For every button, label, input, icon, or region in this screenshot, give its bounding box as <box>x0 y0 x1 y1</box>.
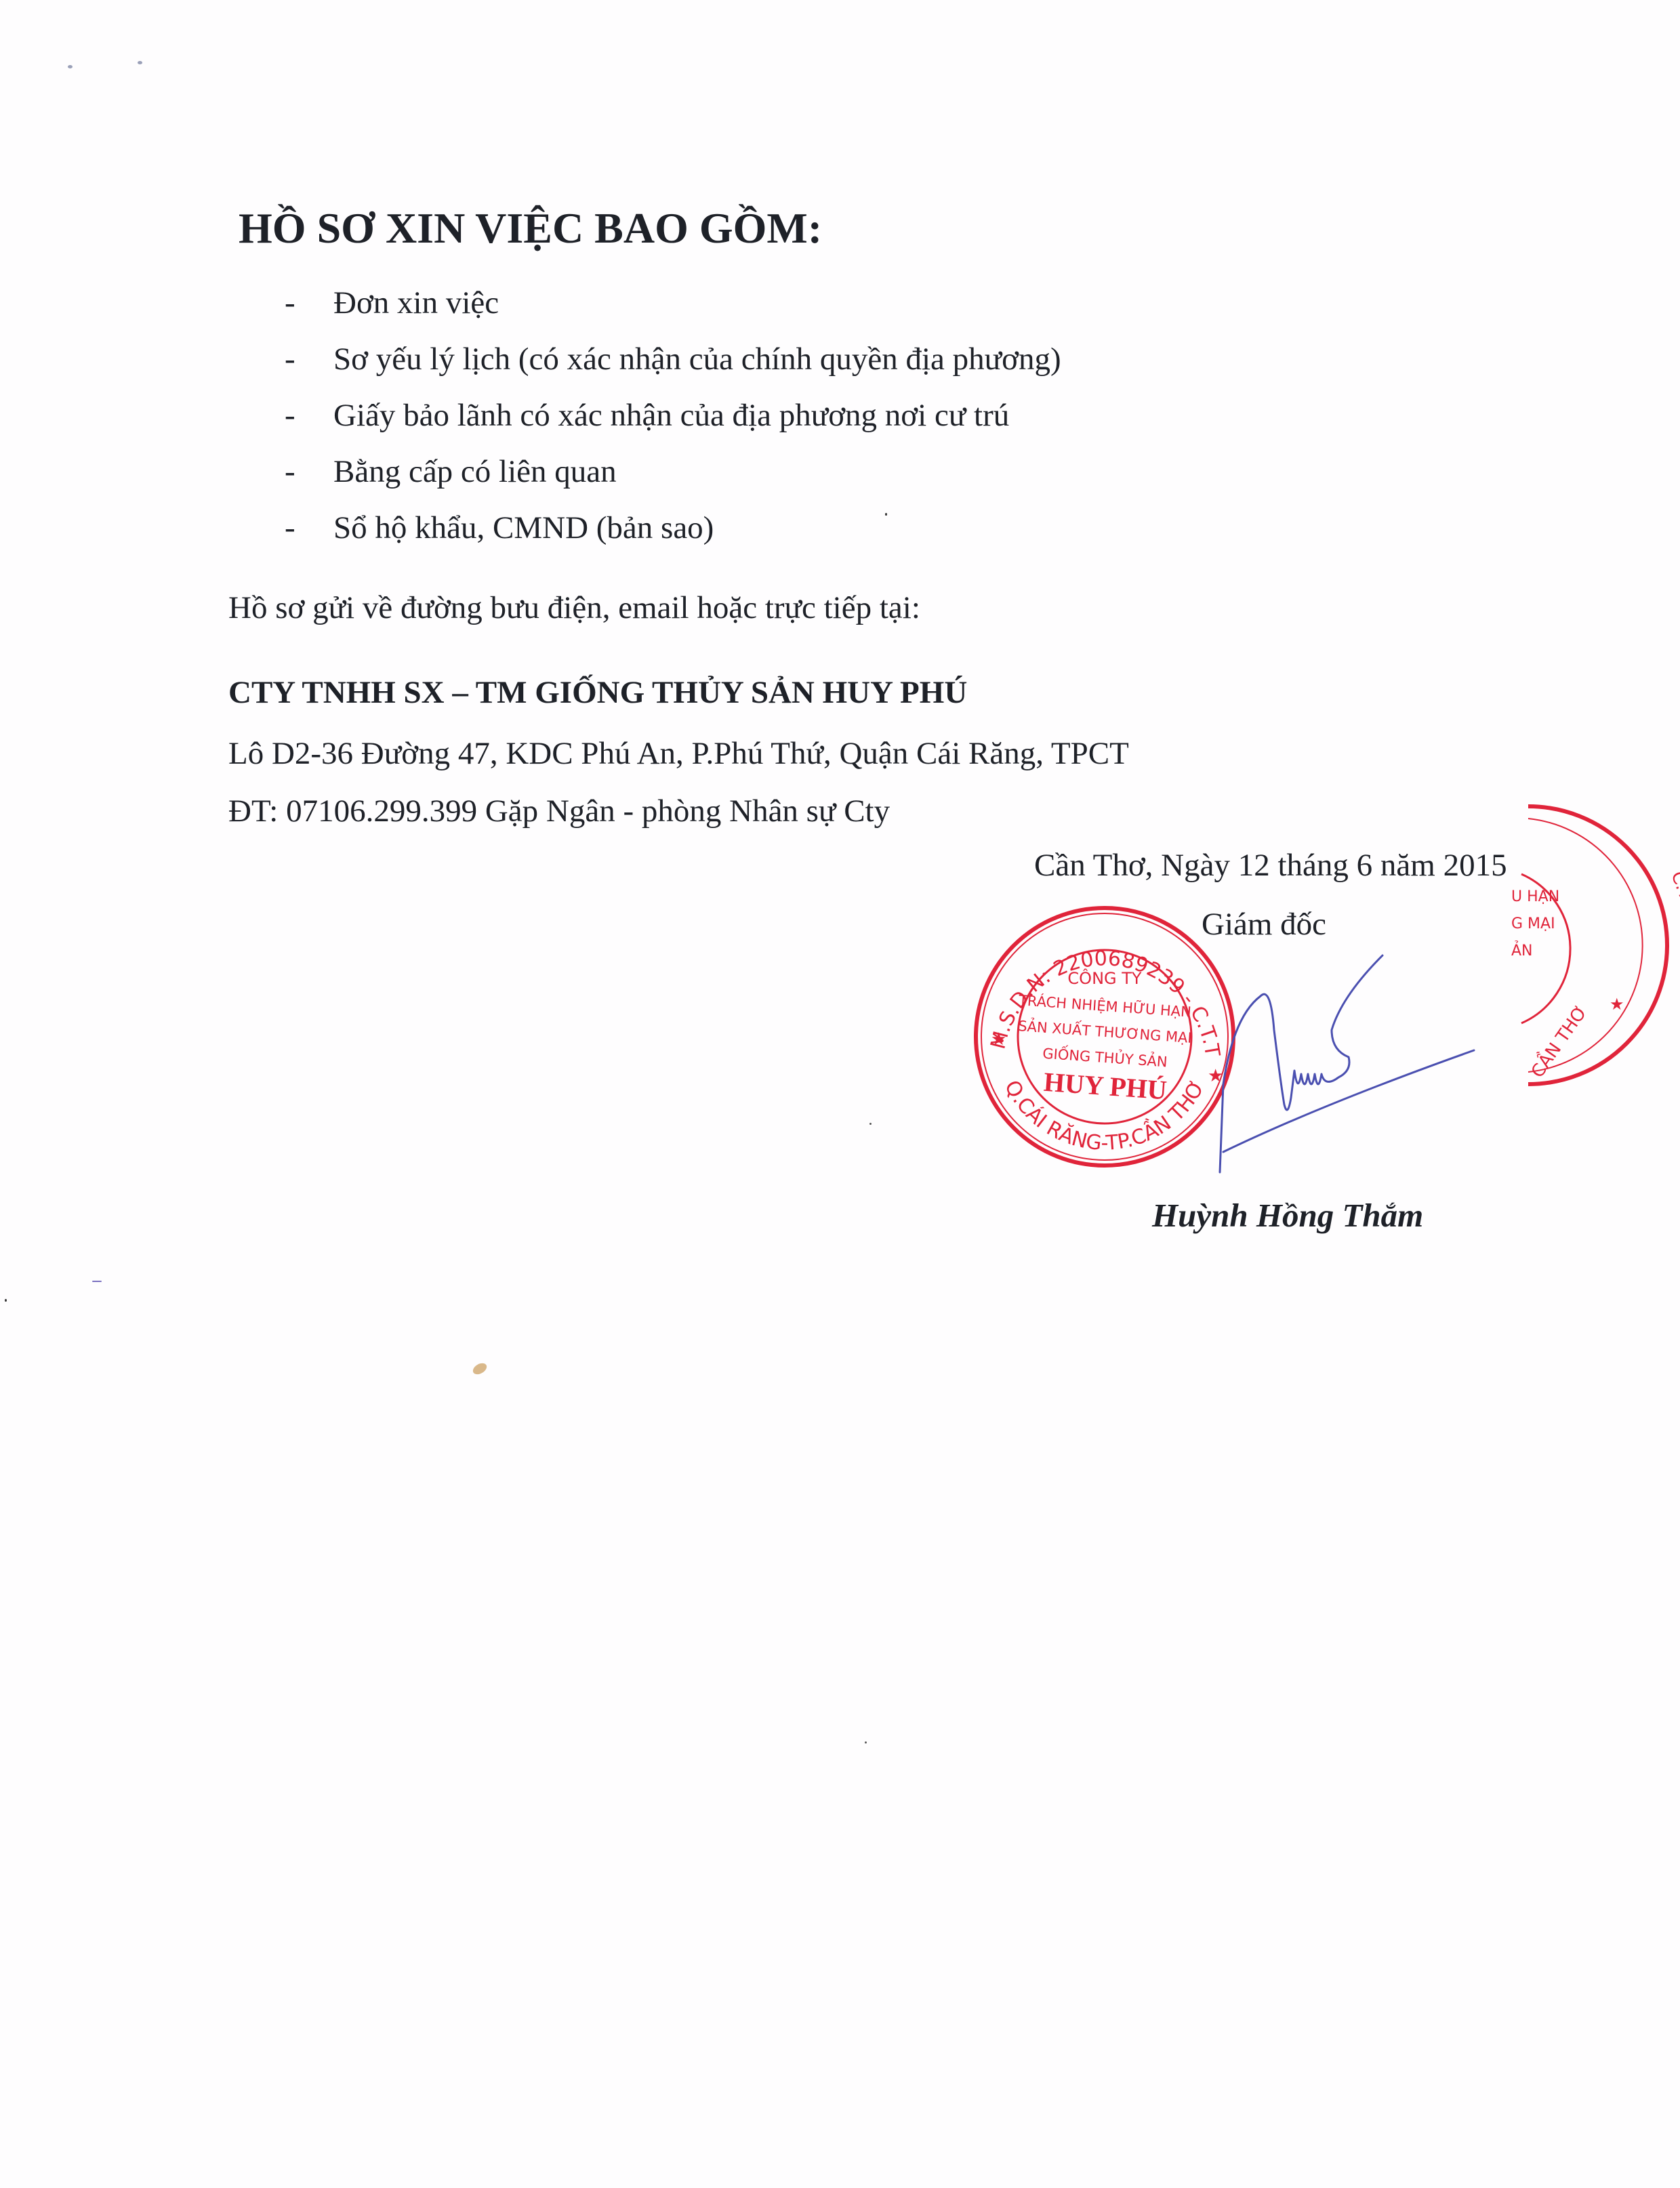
list-marker: - <box>285 285 333 321</box>
star-icon: ★ <box>991 1029 1006 1050</box>
signer-name: Huỳnh Hồng Thắm <box>1152 1196 1423 1235</box>
list-item-text: Bằng cấp có liên quan <box>333 453 617 490</box>
list-item-text: Giấy bảo lãnh có xác nhận của địa phương… <box>333 397 1009 434</box>
scan-speck <box>471 1361 489 1376</box>
scan-speck <box>138 61 142 64</box>
company-contact: ĐT: 07106.299.399 Gặp Ngân - phòng Nhân … <box>228 793 890 829</box>
company-address: Lô D2-36 Đường 47, KDC Phú An, P.Phú Thứ… <box>228 735 1129 772</box>
list-item: -Sơ yếu lý lịch (có xác nhận của chính q… <box>285 331 1061 387</box>
list-marker: - <box>285 341 333 377</box>
stamp-fragment: U HẠN <box>1511 888 1559 905</box>
list-item-text: Sổ hộ khẩu, CMND (bản sao) <box>333 510 714 546</box>
stamp-company-name: HUY PHÚ <box>1043 1067 1168 1106</box>
company-stamp: M.S.D.N: 2200689239 - C.T.T.N.H.H Q.CÁI … <box>969 901 1240 1172</box>
stamp-fragment: G MẠI <box>1511 915 1555 932</box>
list-marker: - <box>285 510 333 546</box>
scan-speck <box>869 1123 872 1125</box>
scan-speck <box>5 1299 7 1302</box>
scan-speck <box>68 65 73 68</box>
document-title: HỒ SƠ XIN VIỆC BAO GỒM: <box>239 203 822 253</box>
scan-speck <box>865 1741 867 1743</box>
list-marker: - <box>285 453 333 490</box>
stamp-line: TRÁCH NHIỆM HỮU HẠN <box>1017 991 1191 1020</box>
list-item-text: Sơ yếu lý lịch (có xác nhận của chính qu… <box>333 341 1061 377</box>
submission-note: Hồ sơ gửi về đường bưu điện, email hoặc … <box>228 590 920 626</box>
list-item-text: Đơn xin việc <box>333 285 499 321</box>
stamp-line: SẢN XUẤT THƯƠNG MẠI <box>1018 1016 1193 1046</box>
company-name: CTY TNHH SX – TM GIỐNG THỦY SẢN HUY PHÚ <box>228 674 967 711</box>
stamp-line: CÔNG TY <box>1067 968 1141 988</box>
list-item: -Đơn xin việc <box>285 274 1061 331</box>
place-and-date: Cần Thơ, Ngày 12 tháng 6 năm 2015 <box>1034 847 1507 884</box>
star-icon: ★ <box>1610 995 1624 1014</box>
scan-speck <box>92 1281 102 1282</box>
required-documents-list: -Đơn xin việc -Sơ yếu lý lịch (có xác nh… <box>285 274 1061 556</box>
list-item: -Sổ hộ khẩu, CMND (bản sao) <box>285 499 1061 556</box>
list-item: -Giấy bảo lãnh có xác nhận của địa phươn… <box>285 387 1061 443</box>
handwritten-signature <box>1206 949 1559 1179</box>
list-item: -Bằng cấp có liên quan <box>285 443 1061 499</box>
stamp-line: GIỐNG THỦY SẢN <box>1042 1043 1168 1071</box>
list-marker: - <box>285 397 333 434</box>
